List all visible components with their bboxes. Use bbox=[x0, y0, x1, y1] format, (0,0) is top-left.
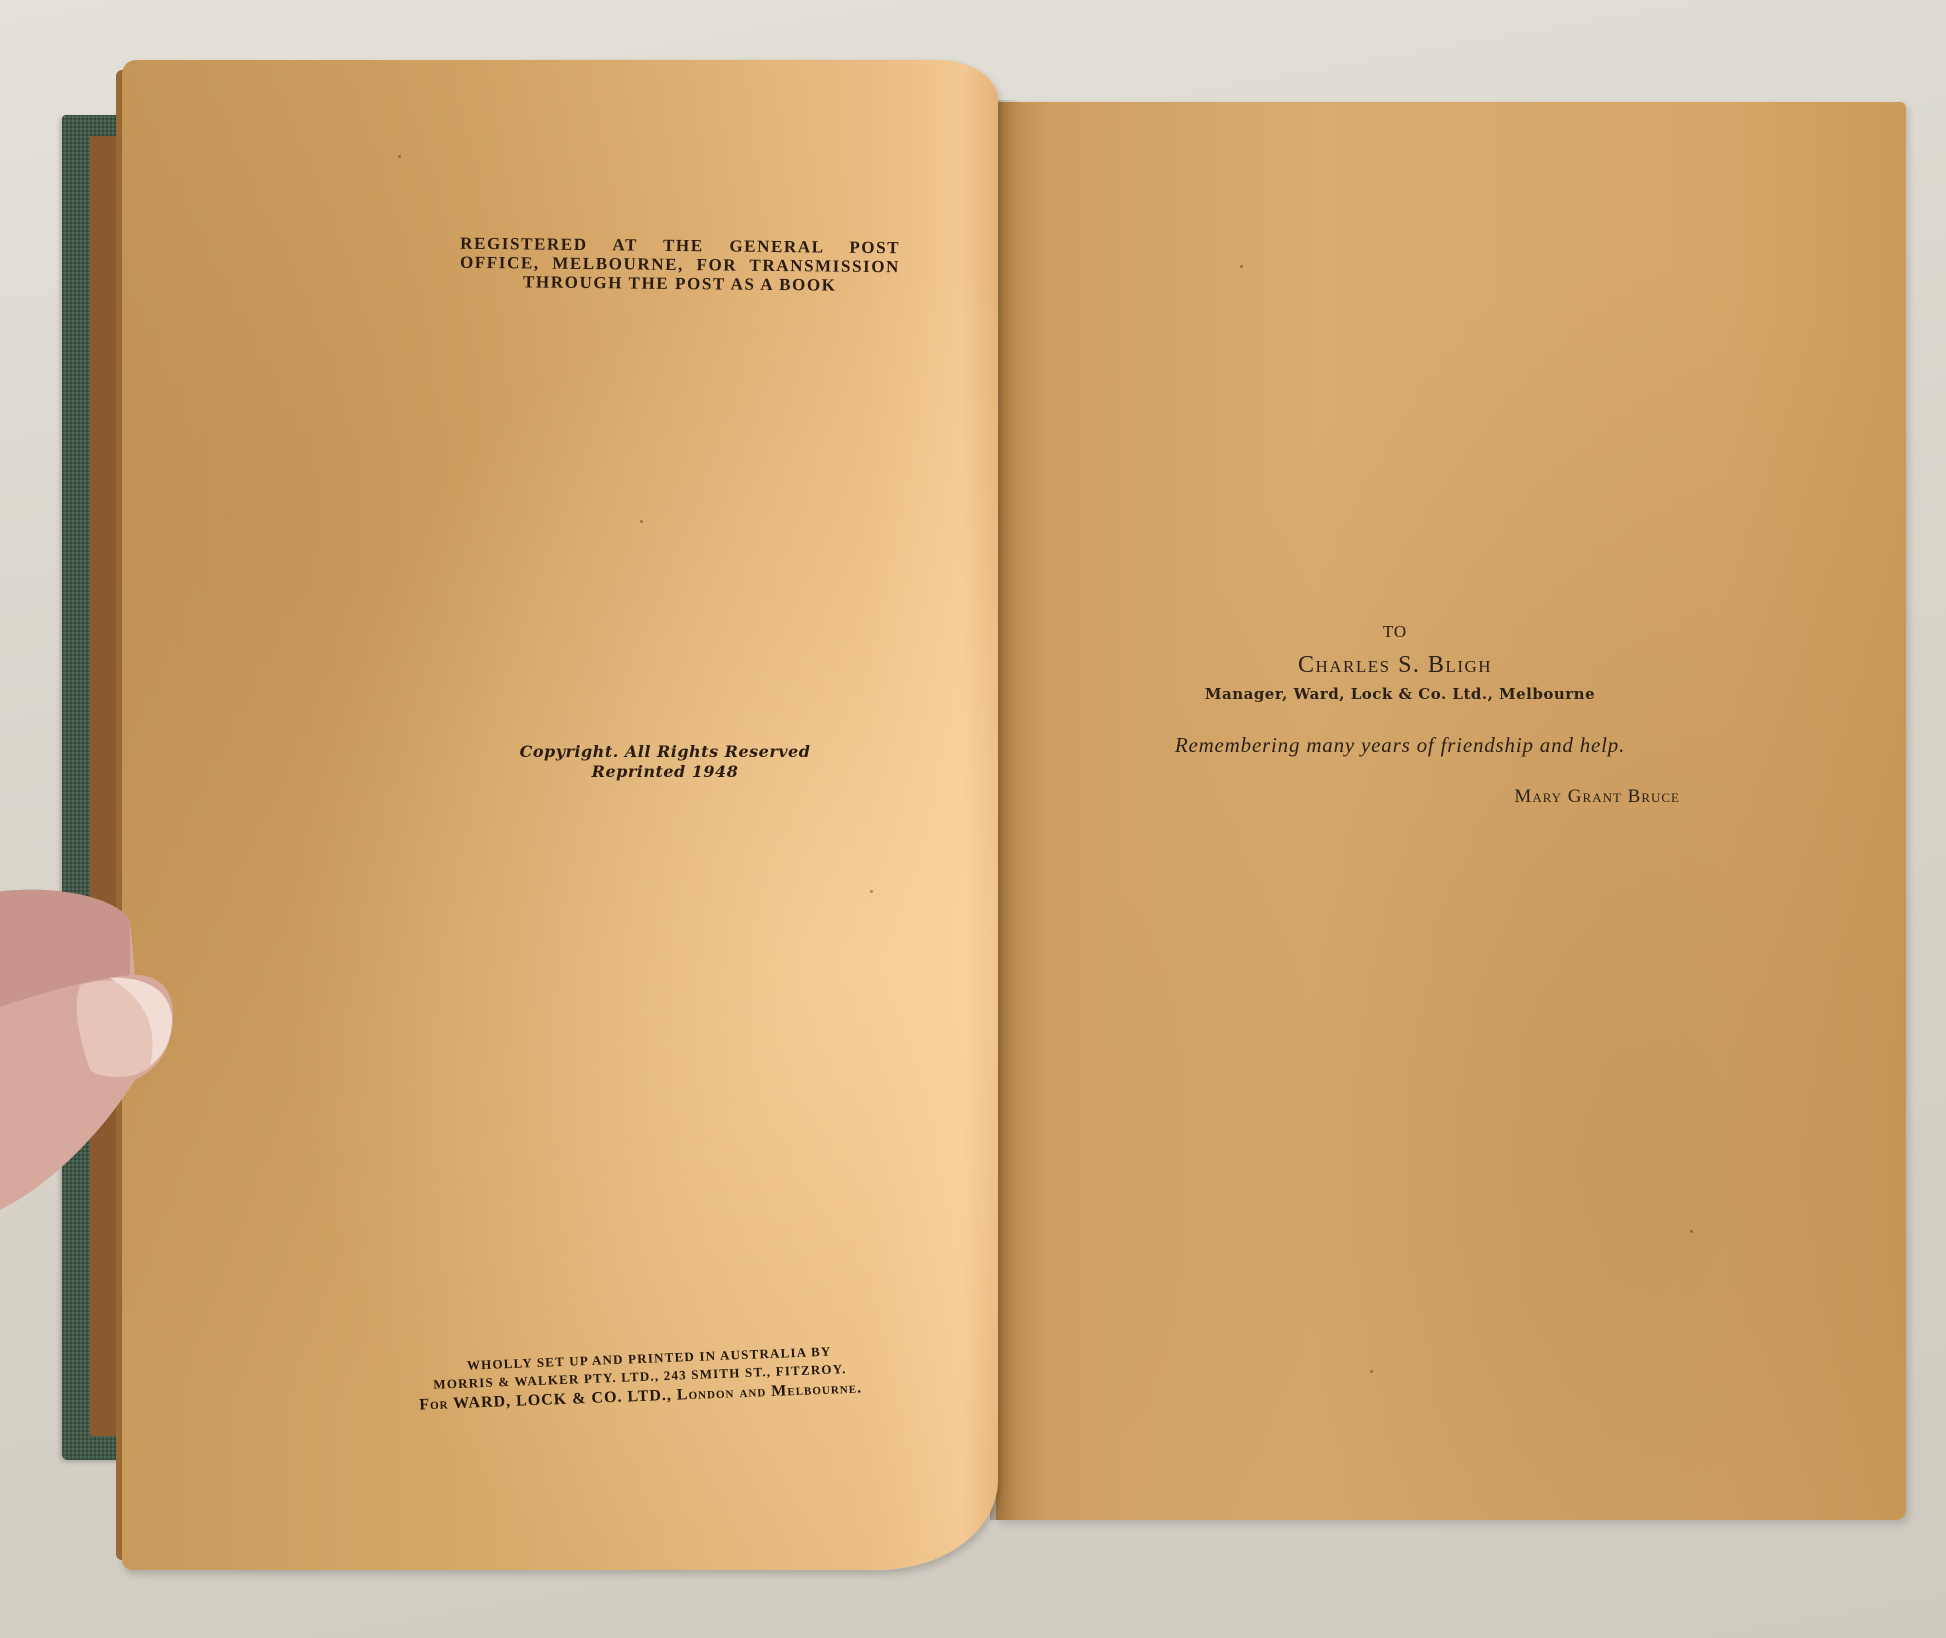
dedicatee-name: Charles S. Bligh bbox=[1200, 652, 1590, 679]
dedicatee-title: Manager, Ward, Lock & Co. Ltd., Melbourn… bbox=[1160, 685, 1640, 703]
reprint-line: Reprinted 1948 bbox=[490, 762, 840, 782]
paper-speck bbox=[398, 155, 401, 158]
photo-scene: Registered at the General Post Office, M… bbox=[0, 0, 1946, 1638]
dedication-message: Remembering many years of friendship and… bbox=[1120, 733, 1680, 758]
paper-speck bbox=[640, 520, 643, 523]
paper-speck bbox=[1240, 265, 1243, 268]
paper-speck bbox=[870, 890, 873, 893]
thumb-icon bbox=[0, 880, 210, 1210]
paper-speck bbox=[1690, 1230, 1693, 1233]
registration-notice: Registered at the General Post Office, M… bbox=[460, 234, 901, 296]
dedication-to: TO bbox=[1340, 622, 1450, 642]
copyright-notice: Copyright. All Rights Reserved Reprinted… bbox=[490, 742, 840, 782]
author-name: Mary Grant Bruce bbox=[1400, 786, 1680, 808]
right-page bbox=[996, 102, 1906, 1520]
paper-speck bbox=[1370, 1370, 1373, 1373]
copyright-line: Copyright. All Rights Reserved bbox=[490, 742, 840, 762]
